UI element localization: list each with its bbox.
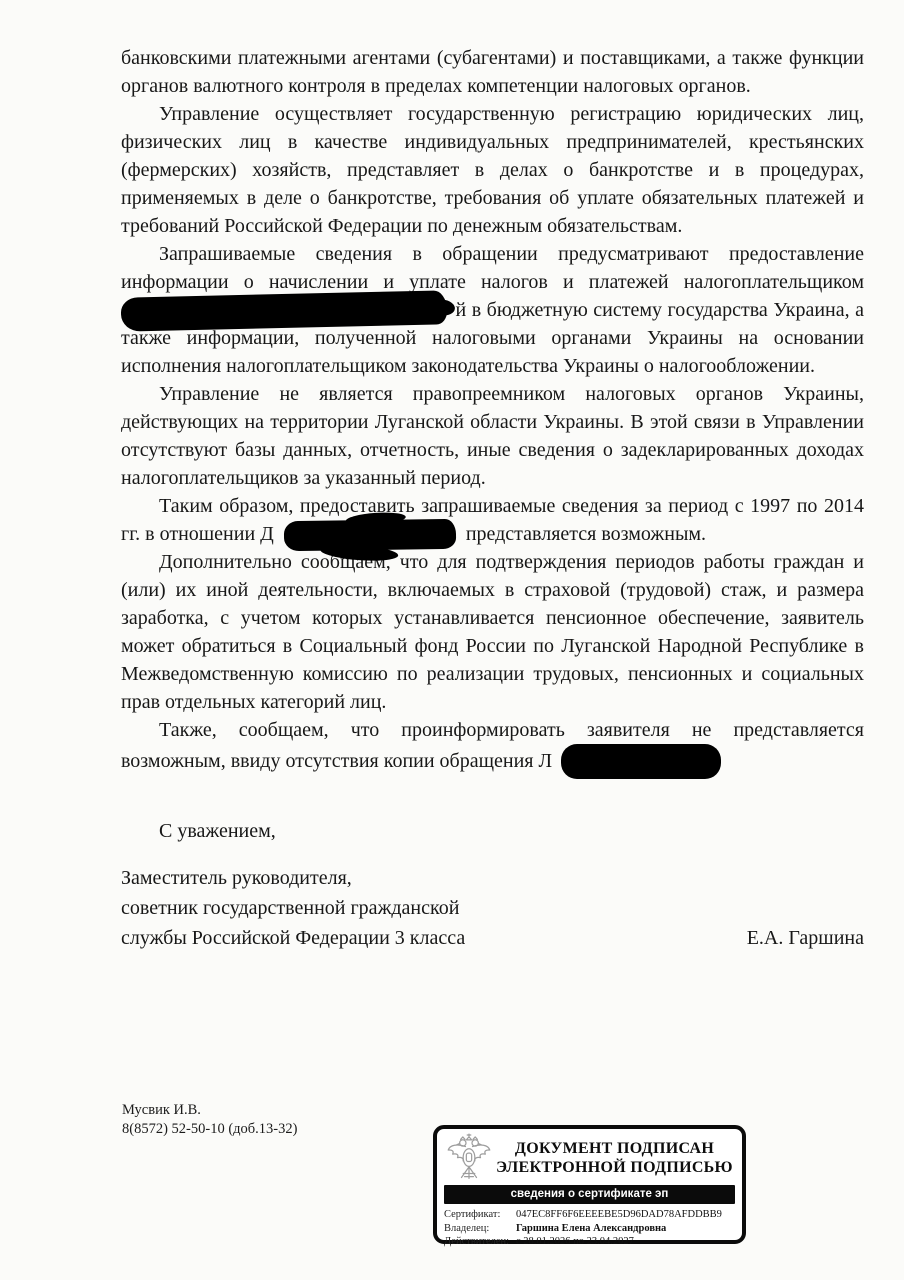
paragraph-cannot-inform: Также, сообщаем, что проинформировать за… <box>121 716 864 779</box>
digital-signature-stamp: ДОКУМЕНТ ПОДПИСАН ЭЛЕКТРОННОЙ ПОДПИСЬЮ с… <box>433 1125 746 1244</box>
letter-body: банковскими платежными агентами (субаген… <box>121 44 864 953</box>
stamp-title: ДОКУМЕНТ ПОДПИСАН ЭЛЕКТРОННОЙ ПОДПИСЬЮ <box>492 1139 735 1177</box>
paragraph-text: Также, сообщаем, что проинформировать за… <box>121 719 864 772</box>
paragraph-no-successor: Управление не является правопреемником н… <box>121 380 864 492</box>
closing-salutation: С уважением, <box>121 817 864 845</box>
signature-position-line: службы Российской Федерации 3 класса <box>121 923 465 953</box>
paragraph-registration: Управление осуществляет государственную … <box>121 100 864 240</box>
stamp-title-line: ЭЛЕКТРОННОЙ ПОДПИСЬЮ <box>494 1158 735 1177</box>
paragraph-text: Запрашиваемые сведения в обращении преду… <box>121 243 864 293</box>
paragraph-banking-agents: банковскими платежными агентами (субаген… <box>121 44 864 100</box>
stamp-title-line: ДОКУМЕНТ ПОДПИСАН <box>494 1139 735 1158</box>
coat-of-arms-icon <box>446 1133 492 1183</box>
redaction-marker-1 <box>121 291 448 332</box>
validity-label: Действителен: <box>444 1235 516 1249</box>
executor-phone: 8(8572) 52-50-10 (доб.13-32) <box>122 1120 297 1139</box>
executor-contact: Мусвик И.В. 8(8572) 52-50-10 (доб.13-32) <box>122 1101 297 1139</box>
paragraph-requested-info: Запрашиваемые сведения в обращении преду… <box>121 240 864 380</box>
validity-row: Действителен: с 28.01.2026 по 23.04.2027 <box>444 1235 735 1249</box>
owner-label: Владелец: <box>444 1222 516 1236</box>
signatory-position: Заместитель руководителя, советник госуд… <box>121 863 465 953</box>
paragraph-text: представляется возможным. <box>466 523 706 545</box>
redaction-marker-3 <box>561 744 721 779</box>
certificate-number: 047EC8FF6F6EEEEBE5D96DAD78AFDDBB9 <box>516 1208 735 1222</box>
signature-position-line: советник государственной гражданской <box>121 893 465 923</box>
stamp-certificate-details: Сертификат: 047EC8FF6F6EEEEBE5D96DAD78AF… <box>444 1208 735 1249</box>
owner-name: Гаршина Елена Александровна <box>516 1222 735 1236</box>
paragraph-pension-fund: Дополнительно сообщаем, что для подтверж… <box>121 548 864 716</box>
signature-block: Заместитель руководителя, советник госуд… <box>121 863 864 953</box>
validity-period: с 28.01.2026 по 23.04.2027 <box>516 1235 735 1249</box>
redaction-marker-2 <box>284 519 456 551</box>
certificate-label: Сертификат: <box>444 1208 516 1222</box>
owner-row: Владелец: Гаршина Елена Александровна <box>444 1222 735 1236</box>
letter-page: банковскими платежными агентами (субаген… <box>0 0 904 1280</box>
signature-position-line: Заместитель руководителя, <box>121 863 465 893</box>
executor-name: Мусвик И.В. <box>122 1101 297 1120</box>
stamp-header: ДОКУМЕНТ ПОДПИСАН ЭЛЕКТРОННОЙ ПОДПИСЬЮ <box>444 1133 735 1183</box>
certificate-row: Сертификат: 047EC8FF6F6EEEEBE5D96DAD78AF… <box>444 1208 735 1222</box>
stamp-certificate-bar: сведения о сертификате эп <box>444 1185 735 1204</box>
signatory-name: Е.А. Гаршина <box>747 923 864 953</box>
paragraph-conclusion: Таким образом, предоставить запрашиваемы… <box>121 492 864 548</box>
